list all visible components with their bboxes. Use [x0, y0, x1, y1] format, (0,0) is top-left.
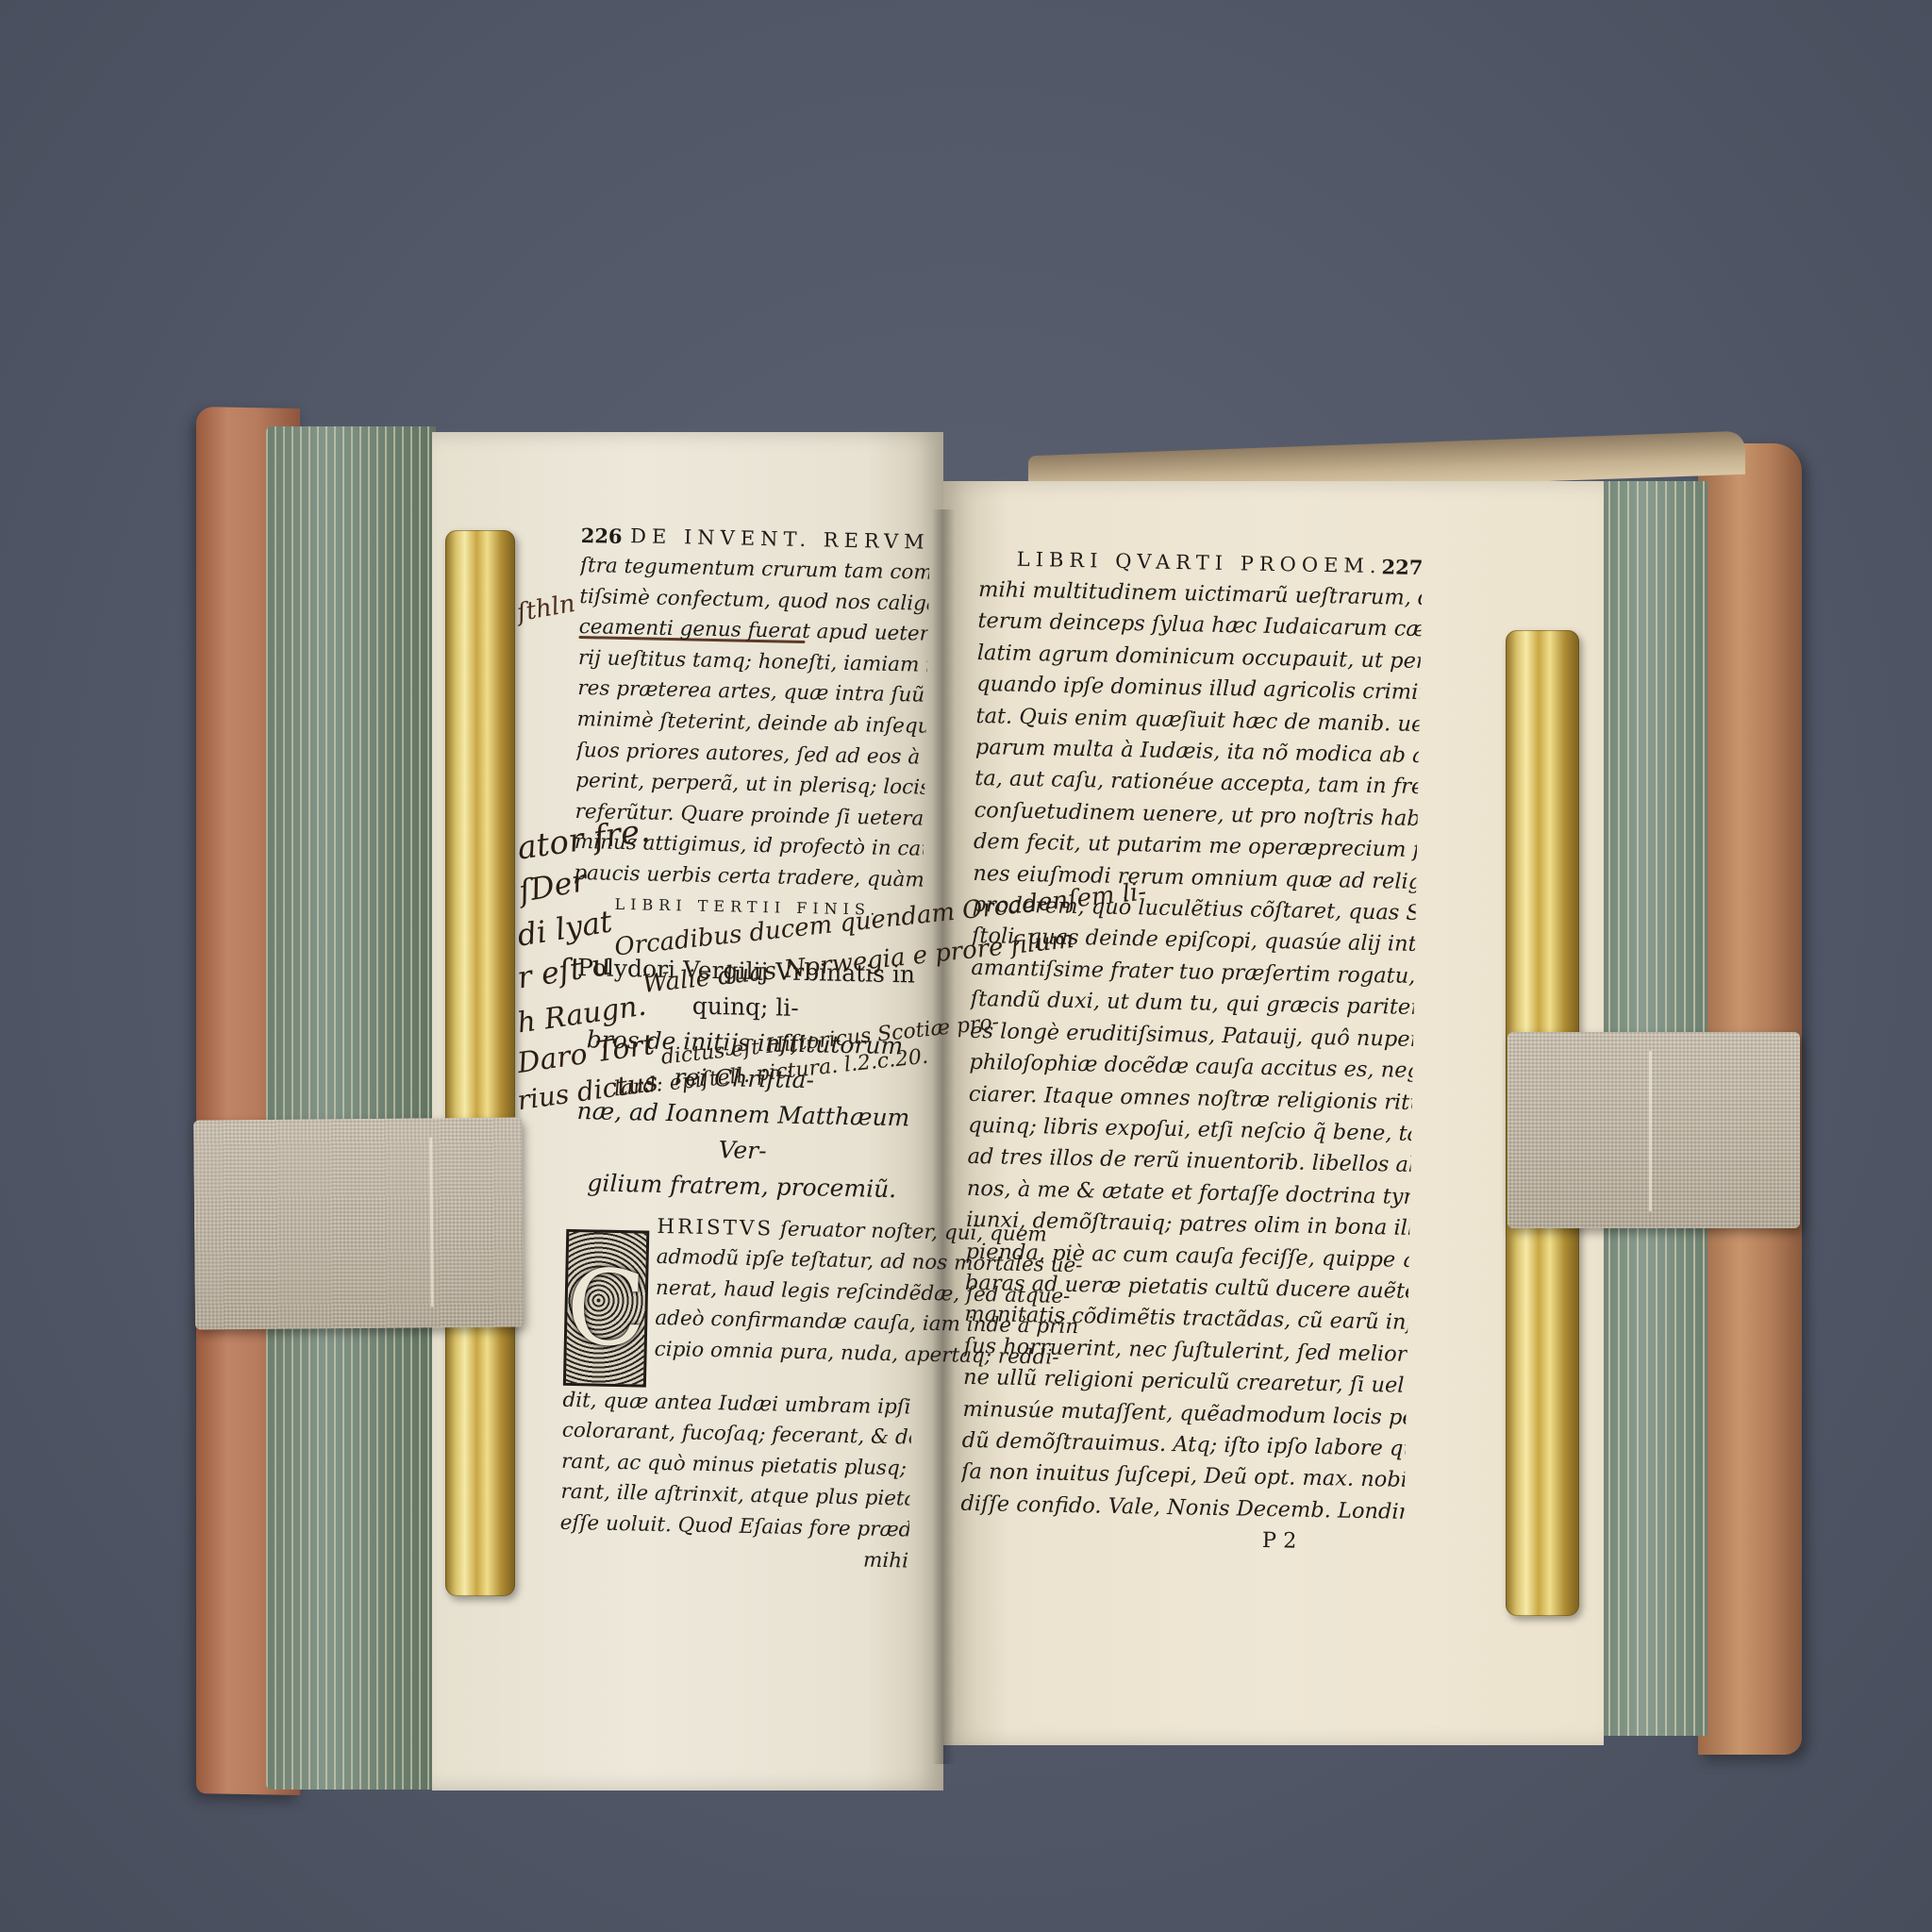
page-fore-edge-left	[266, 426, 436, 1790]
strap-seam	[1649, 1051, 1652, 1211]
page-number-left: 226	[580, 524, 622, 548]
book-gutter	[932, 509, 955, 1764]
right-page-text: LIBRI QVARTI PROOEM. 227 mihi multitudin…	[960, 547, 1423, 1559]
brass-page-weight-left[interactable]	[445, 530, 515, 1596]
decorated-initial: C	[563, 1228, 649, 1387]
first-word: HRISTVS	[657, 1214, 774, 1241]
running-head-title-left: DE INVENT. RERVM	[630, 525, 930, 555]
opening-paragraph: C HRISTVS ſeruator noſter, qui, quem adm…	[563, 1209, 916, 1392]
cloth-strap-right[interactable]	[1507, 1032, 1800, 1228]
page-number-right: 227	[1381, 555, 1423, 579]
prologue-title-line: næ, ad Ioannem Matthæum Ver-	[568, 1092, 919, 1172]
cloth-strap-left[interactable]	[193, 1117, 524, 1329]
strap-seam	[429, 1137, 434, 1307]
prologue-title-line: gilium fratrem, procemiũ.	[567, 1164, 917, 1207]
